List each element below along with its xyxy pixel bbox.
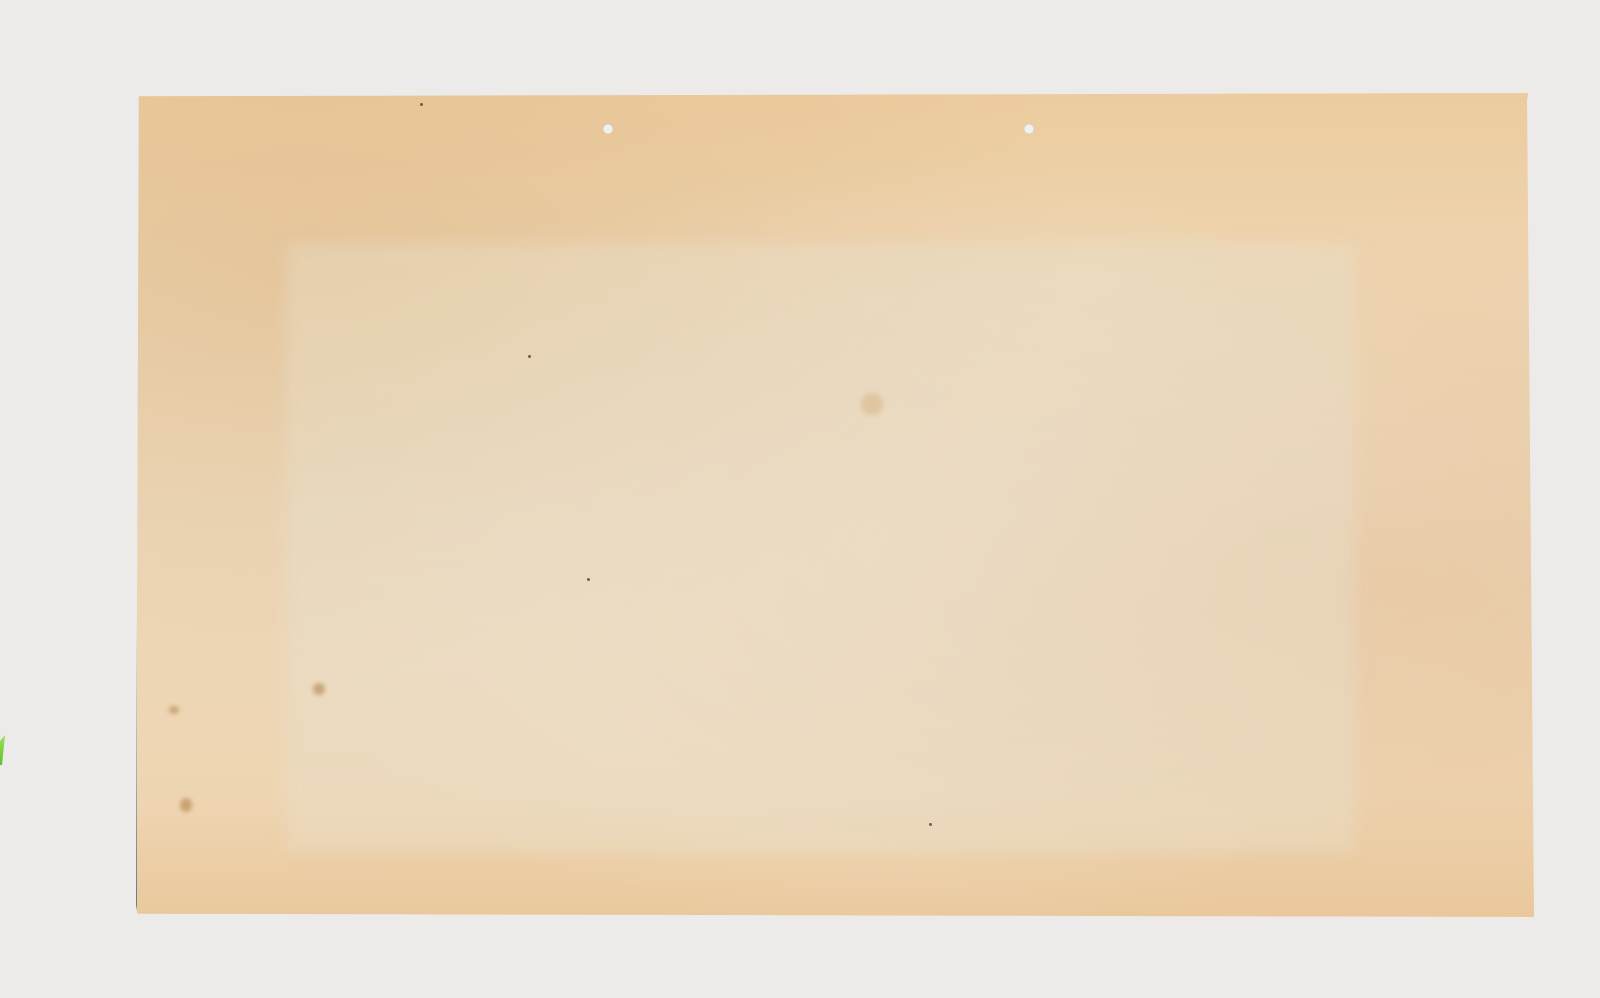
stain-spot bbox=[169, 706, 179, 714]
stain-spot bbox=[313, 683, 325, 695]
faded-print-area bbox=[286, 243, 1356, 853]
speck bbox=[587, 578, 590, 581]
speck bbox=[929, 823, 932, 826]
stain-spot bbox=[861, 393, 883, 415]
punch-hole-right bbox=[1024, 124, 1034, 134]
green-edge-fragment bbox=[0, 735, 5, 765]
aged-paper-card bbox=[136, 93, 1534, 917]
punch-hole-left bbox=[603, 124, 613, 134]
stain-spot bbox=[180, 798, 192, 812]
speck bbox=[528, 355, 531, 358]
speck bbox=[420, 103, 423, 106]
scan-background bbox=[0, 0, 1600, 998]
